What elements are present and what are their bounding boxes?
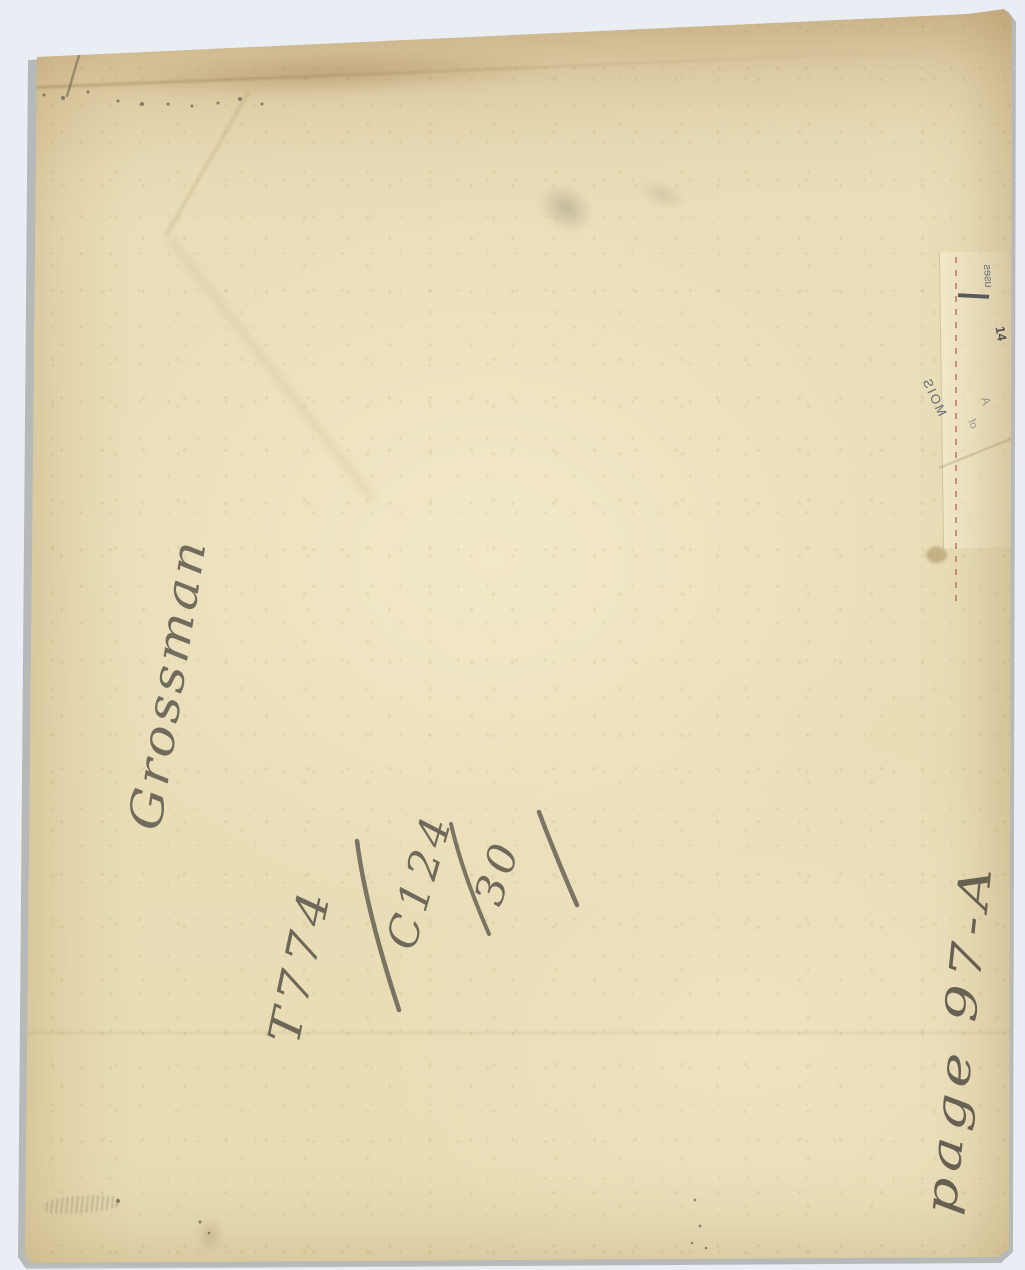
- catalog-code-line3: 30: [466, 834, 530, 911]
- handwritten-name: Grossman: [118, 534, 217, 834]
- catalog-code-line1: T774: [259, 881, 342, 1048]
- catalog-code-line2: C124: [377, 807, 463, 955]
- pencil-annotations: Grossman T774 C124 30 page 97-A: [0, 0, 1025, 1270]
- paper: uses 14 A of MOIS Grossman T774: [0, 0, 1025, 1270]
- underline-stroke: [539, 812, 577, 905]
- paper-specks: [14, 59, 707, 1249]
- page-number-annotation: page 97-A: [915, 859, 1003, 1217]
- scanned-photo-verso: uses 14 A of MOIS Grossman T774: [0, 0, 1025, 1270]
- stray-pencil-mark: [67, 39, 81, 96]
